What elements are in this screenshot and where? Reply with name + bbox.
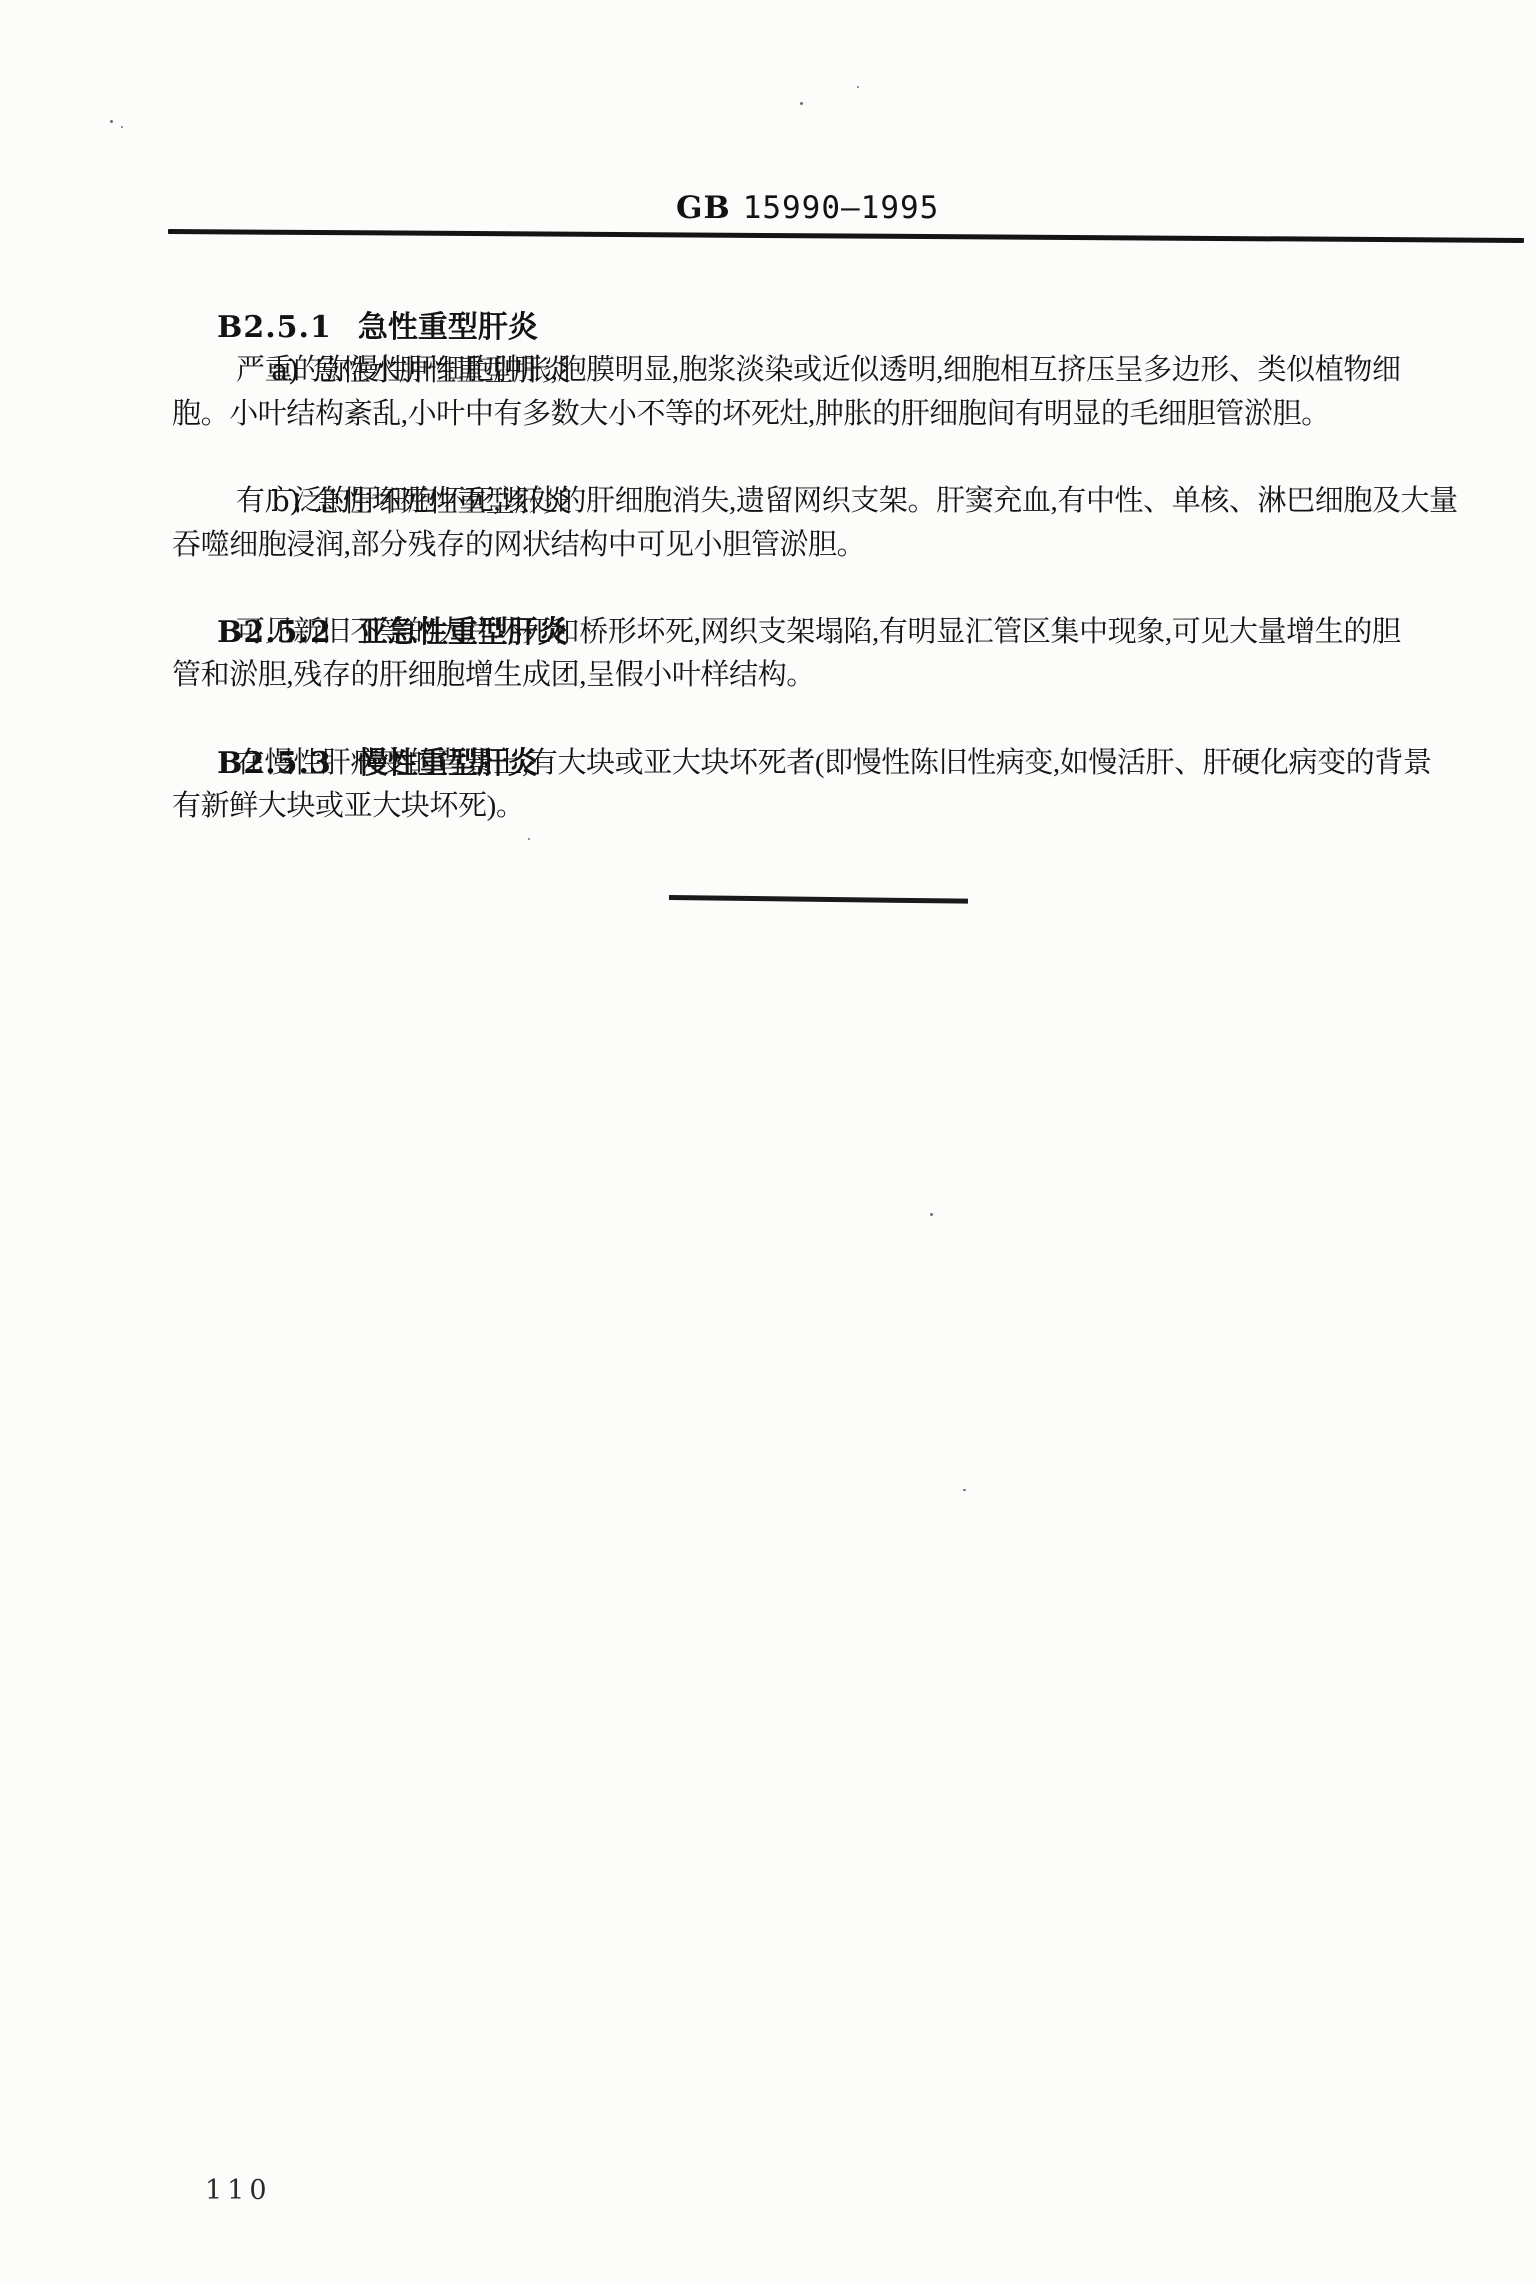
paragraph-line: 可见新旧不等的大片坏死和桥形坏死,网织支架塌陷,有明显汇管区集中现象,可见大量增… [172, 611, 1474, 655]
section-title: 急性重型肝炎 [358, 311, 538, 344]
scan-speck [963, 1489, 966, 1491]
paragraph-line: 胞。小叶结构紊乱,小叶中有多数大小不等的坏死灶,肿胀的肝细胞间有明显的毛细胆管淤… [172, 393, 1474, 437]
section-heading: B2.5.3慢性重型肝炎 [172, 698, 1474, 742]
scan-speck [528, 838, 530, 840]
section-heading: B2.5.1急性重型肝炎 [172, 262, 1474, 306]
standard-code-prefix: GB [676, 190, 731, 226]
scan-speck [800, 102, 803, 105]
paragraph-line: 严重的弥漫性肝细胞肿胀,胞膜明显,胞浆淡染或近似透明,细胞相互挤压呈多边形、类似… [172, 349, 1474, 393]
section-heading: B2.5.2亚急性重型肝炎 [172, 567, 1474, 611]
scanned-document-page: GB 15990—1995 B2.5.1急性重型肝炎 a)急性水肿性重型肝炎 严… [0, 0, 1536, 2285]
scan-speck [857, 86, 859, 88]
page-number: 110 [205, 2175, 272, 2206]
header-divider-rule [168, 229, 1524, 243]
paragraph-line: 在慢性肝病变的背景上,有大块或亚大块坏死者(即慢性陈旧性病变,如慢活肝、肝硬化病… [172, 742, 1474, 786]
section-number: B2.5.1 [217, 310, 332, 345]
end-of-document-rule [669, 895, 968, 904]
paragraph-line: 有新鲜大块或亚大块坏死)。 [172, 785, 1474, 829]
paragraph-line: 有广泛的肝细胞坏死,该处的肝细胞消失,遗留网织支架。肝窦充血,有中性、单核、淋巴… [172, 480, 1474, 524]
scan-speck [110, 120, 113, 123]
scan-speck [930, 1213, 933, 1216]
standard-code-number: 15990—1995 [743, 190, 940, 226]
standard-code-header: GB 15990—1995 [676, 190, 939, 226]
document-body: B2.5.1急性重型肝炎 a)急性水肿性重型肝炎 严重的弥漫性肝细胞肿胀,胞膜明… [172, 262, 1474, 829]
list-item-heading: b)急性坏死性重型肝炎 [172, 436, 1474, 480]
paragraph-line: 吞噬细胞浸润,部分残存的网状结构中可见小胆管淤胆。 [172, 524, 1474, 568]
paragraph-line: 管和淤胆,残存的肝细胞增生成团,呈假小叶样结构。 [172, 654, 1474, 698]
scan-speck [121, 126, 123, 128]
